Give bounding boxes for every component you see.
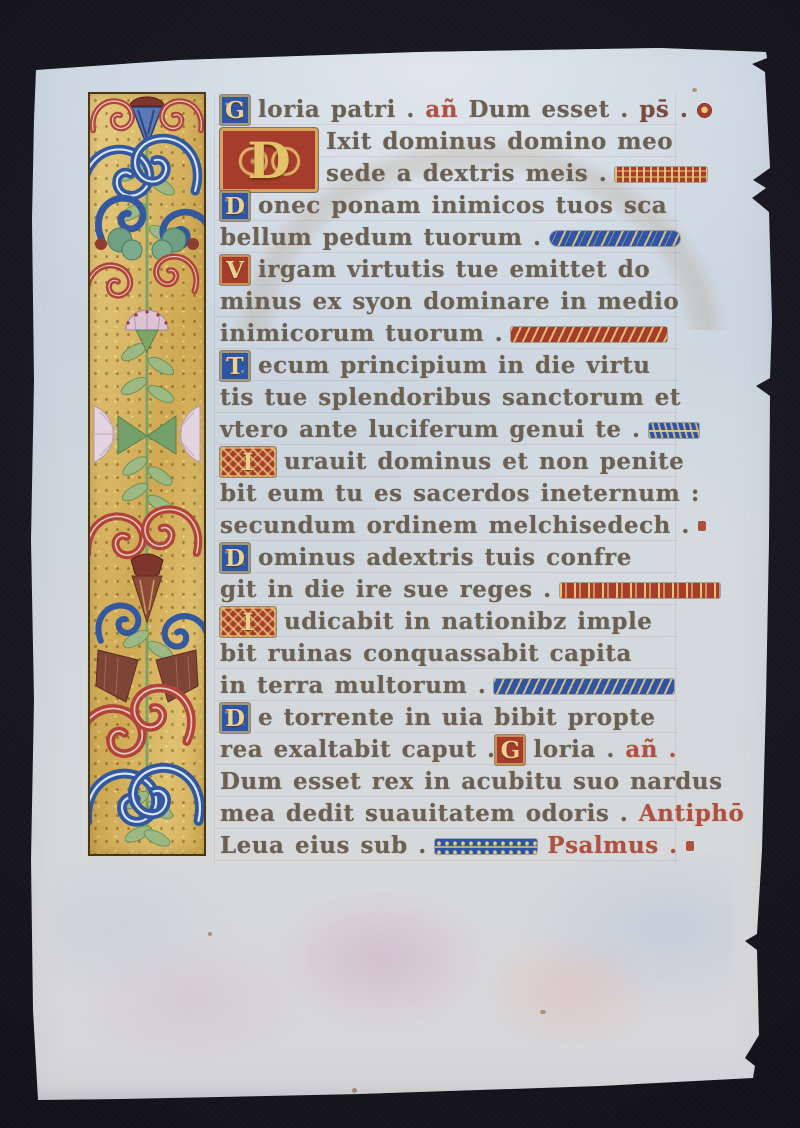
- text-block: Gloria patri . añ Dum esset . ps̄ .DIxit…: [220, 94, 672, 864]
- ruling-line-vertical: [214, 94, 215, 864]
- manuscript-line: Iurauit dominus et non penite: [220, 446, 672, 478]
- latin-text: e torrente in uia bibit propte: [258, 702, 655, 734]
- ornament-red-tick: [686, 841, 694, 851]
- illuminated-initial: G: [495, 735, 525, 765]
- photo-backdrop: Gloria patri . añ Dum esset . ps̄ .DIxit…: [0, 0, 800, 1128]
- illuminated-initial: D: [220, 191, 250, 221]
- illuminated-initial: T: [220, 351, 250, 381]
- latin-text: Dum esset .: [468, 94, 639, 126]
- manuscript-line: secundum ordinem melchisedech .: [220, 510, 672, 542]
- rust-speck: [208, 932, 212, 936]
- latin-text: git in die ire sue reges .: [220, 574, 552, 606]
- line-filler-blue-feather: [494, 679, 674, 694]
- rubric-text: Psalmus .: [537, 830, 678, 862]
- rust-speck: [540, 1010, 546, 1014]
- latin-text: onec ponam inimicos tuos sca: [258, 190, 667, 222]
- latin-text: sede a dextris meis .: [326, 158, 607, 190]
- manuscript-line: Donec ponam inimicos tuos sca: [220, 190, 672, 222]
- illuminated-initial: V: [220, 255, 250, 285]
- latin-text: loria patri .: [258, 94, 425, 126]
- manuscript-line: De torrente in uia bibit propte: [220, 702, 672, 734]
- red-acanthus-curl: [90, 682, 200, 761]
- latin-text: secundum ordinem melchisedech .: [220, 510, 690, 542]
- latin-text: urauit dominus et non penite: [284, 446, 684, 478]
- manuscript-line: inimicorum tuorum .: [220, 318, 672, 350]
- manuscript-line: Virgam virtutis tue emittet do: [220, 254, 672, 286]
- latin-text: rea exaltabit caput .: [220, 734, 495, 766]
- latin-text: ecum principium in die virtu: [258, 350, 650, 382]
- latin-text: vtero ante luciferum genui te .: [220, 414, 641, 446]
- illuminated-initial: D: [220, 543, 250, 573]
- rubric-text: añ: [425, 94, 468, 126]
- manuscript-line: minus ex syon dominare in medio: [220, 286, 672, 318]
- illuminated-border-panel: [88, 92, 206, 856]
- manuscript-line: bellum pedum tuorum .: [220, 222, 672, 254]
- latin-text: bit ruinas conquassabit capita: [220, 638, 632, 670]
- rust-speck: [692, 88, 697, 92]
- manuscript-line: Leua eius sub . Psalmus .: [220, 830, 672, 862]
- illuminated-initial: G: [220, 95, 250, 125]
- manuscript-line: Gloria patri . añ Dum esset . ps̄ .: [220, 94, 672, 126]
- latin-text: bellum pedum tuorum .: [220, 222, 542, 254]
- manuscript-line: Tecum principium in die virtu: [220, 350, 672, 382]
- ornament-red-tick: [698, 521, 706, 531]
- manuscript-line: bit eum tu es sacerdos ineternum :: [220, 478, 672, 510]
- rubric-text-dark: ps̄ .: [639, 94, 688, 126]
- illuminated-initial: D: [220, 703, 250, 733]
- manuscript-line: sede a dextris meis .: [220, 158, 672, 190]
- floral-border-art: [90, 94, 204, 854]
- latin-text: irgam virtutis tue emittet do: [258, 254, 650, 286]
- illuminated-initial: I: [220, 447, 276, 477]
- line-filler-blue-wave: [550, 231, 680, 246]
- manuscript-line: in terra multorum .: [220, 670, 672, 702]
- rust-speck: [352, 1088, 357, 1093]
- rubric-text: añ .: [625, 734, 677, 766]
- rubric-text: Antiphō: [639, 798, 745, 830]
- manuscript-line: vtero ante luciferum genui te .: [220, 414, 672, 446]
- manuscript-line: Dominus adextris tuis confre: [220, 542, 672, 574]
- latin-text: minus ex syon dominare in medio: [220, 286, 679, 318]
- manuscript-leaf: Gloria patri . añ Dum esset . ps̄ .DIxit…: [0, 0, 800, 1128]
- verso-showthrough: [55, 855, 735, 1085]
- line-filler-red-scroll: [560, 583, 720, 598]
- line-filler-red-hatch: [615, 167, 707, 182]
- manuscript-line: tis tue splendoribus sanctorum et: [220, 382, 672, 414]
- ornament-red-bead: [698, 104, 711, 117]
- latin-text: Leua eius sub .: [220, 830, 427, 862]
- latin-text: Dum esset rex in acubitu suo nardus: [220, 766, 723, 798]
- manuscript-line: rea exaltabit caput .Gloria . añ .: [220, 734, 672, 766]
- manuscript-line: mea dedit suauitatem odoris . Antiphō: [220, 798, 672, 830]
- manuscript-line: Iudicabit in nationibz imple: [220, 606, 672, 638]
- manuscript-line: DIxit dominus domino meo: [220, 126, 672, 158]
- latin-text: in terra multorum .: [220, 670, 486, 702]
- latin-text: tis tue splendoribus sanctorum et: [220, 382, 681, 414]
- red-acanthus-curl: [90, 254, 200, 300]
- latin-text: ominus adextris tuis confre: [258, 542, 632, 574]
- illuminated-initial: I: [220, 607, 276, 637]
- latin-text: loria .: [533, 734, 625, 766]
- latin-text: bit eum tu es sacerdos ineternum :: [220, 478, 700, 510]
- latin-text: mea dedit suauitatem odoris .: [220, 798, 639, 830]
- latin-text: inimicorum tuorum .: [220, 318, 503, 350]
- line-filler-red-feather: [511, 327, 667, 342]
- latin-text: udicabit in nationibz imple: [284, 606, 652, 638]
- manuscript-line: Dum esset rex in acubitu suo nardus: [220, 766, 672, 798]
- manuscript-line: bit ruinas conquassabit capita: [220, 638, 672, 670]
- line-filler-blue-dots: [435, 839, 537, 854]
- line-filler-blue-leaf: [649, 423, 699, 438]
- latin-text: Ixit dominus domino meo: [326, 126, 673, 158]
- manuscript-line: git in die ire sue reges .: [220, 574, 672, 606]
